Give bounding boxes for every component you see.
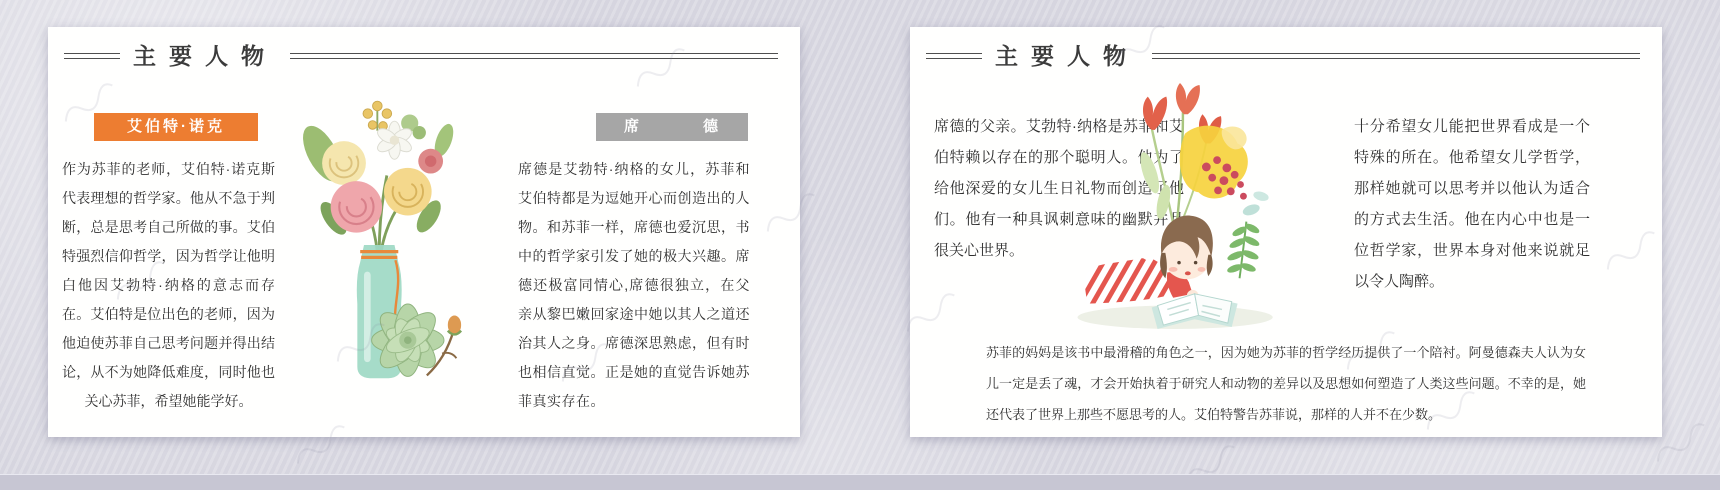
page-title: 主要人物 [133, 41, 277, 71]
slide1-title-row: 主要人物 [64, 41, 778, 71]
backdrop-bottom-edge [0, 474, 1720, 490]
title-rule-right [1152, 53, 1640, 59]
title-rule-right [290, 53, 778, 59]
description-sophie-mother: 苏菲的妈妈是该书中最滑稽的角色之一，因为她为苏菲的哲学经历提供了一个陪衬。阿曼德… [986, 337, 1586, 430]
title-rule-left [926, 53, 982, 59]
slide-page-2: 主要人物 席德的父亲。艾勃特·纳格是苏菲和艾伯特赖以存在的那个聪明人。他为了给他… [910, 27, 1662, 437]
red-flower [418, 149, 443, 174]
fern-leaf [1226, 222, 1261, 279]
page-title: 主要人物 [995, 41, 1139, 71]
cream-rose [322, 141, 366, 185]
slide-page-1: 主要人物 艾伯特·诺克 作为苏菲的老师，艾伯特·诺克斯代表理想的哲学家。他从不急… [48, 27, 800, 437]
yellow-rose [384, 168, 432, 216]
flower-bouquet-illustration [284, 85, 484, 404]
pink-rose [331, 181, 382, 232]
character-description-hilde: 席德是艾勃特·纳格的女儿，苏菲和艾伯特都是为逗她开心而创造出的人物。和苏菲一样，… [518, 155, 750, 416]
description-hilde-father-continued: 十分希望女儿能把世界看成是一个特殊的所在。他希望女儿学哲学，那样她就可以思考并以… [1354, 111, 1590, 297]
character-badge-hilde: 席德 [596, 113, 748, 141]
girl-reading-illustration [1058, 77, 1302, 333]
succulent [372, 304, 444, 376]
slide2-title-row: 主要人物 [926, 41, 1640, 71]
title-rule-left [64, 53, 120, 59]
character-description-albert-knox: 作为苏菲的老师，艾伯特·诺克斯代表理想的哲学家。他从不急于判断，总是思考自己所做… [62, 155, 275, 416]
character-badge-albert-knox: 艾伯特·诺克 [94, 113, 258, 141]
